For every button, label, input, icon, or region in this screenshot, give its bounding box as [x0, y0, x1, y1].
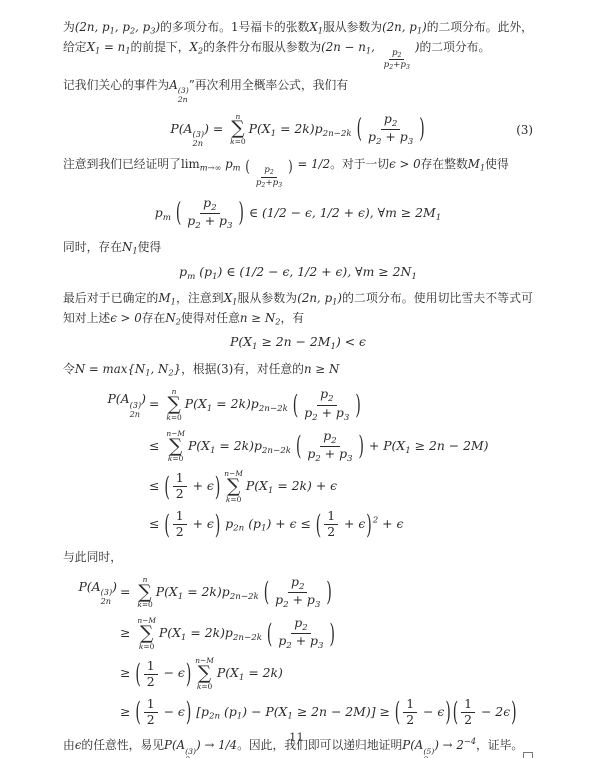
summation: n−M∑k=0 [224, 470, 243, 503]
numerator: p2 [288, 575, 307, 593]
math-run: [p [192, 704, 209, 719]
align-row: ≤ n−M∑k=0P(X1 = 2k)p2n−2k (p2p2 + p3) + … [107, 426, 488, 467]
align-row: ≤ (12 + ϵ)n−M∑k=0P(X1 = 2k) + ϵ [107, 467, 488, 506]
text-run [291, 438, 295, 453]
sum-symbol: ∑ [227, 478, 240, 496]
paragraph: 最后对于已确定的M1，注意到X1服从参数为(2n, p1)的二项分布。使用切比雪… [63, 289, 533, 328]
math-run: ∈ (1/2 − ϵ, 1/2 + ϵ), ∀m ≥ 2M [245, 205, 436, 220]
math-run: p [384, 111, 392, 126]
fraction: 12 [144, 697, 158, 728]
math-run: ) − P(X [242, 704, 287, 719]
numerator: p2 [200, 196, 219, 214]
math-run: p [400, 129, 408, 144]
math-run: p [221, 157, 232, 171]
fraction: 12 [173, 509, 187, 540]
sum-symbol: ∑ [169, 438, 182, 456]
math-run: P(X [230, 334, 252, 349]
document-page: 为(2n, p1, p2, p3)的多项分布。1号福卡的张数X1服从参数为(2n… [0, 0, 593, 758]
math-run: ) [141, 391, 146, 406]
equation-content: pm (p2p2 + p3) ∈ (1/2 − ϵ, 1/2 + ϵ), ∀m … [155, 196, 441, 231]
text-run: 令 [63, 362, 75, 376]
text-run [352, 121, 356, 136]
math-run: = 2k) [244, 666, 283, 681]
math-run: P(A [78, 579, 100, 594]
big-delimiter: ( [135, 660, 140, 690]
math-run: P(X [159, 625, 181, 640]
summation: n−M∑k=0 [137, 617, 156, 650]
math-run: n ≥ N [240, 311, 275, 325]
denominator: p2+p3 [253, 178, 285, 189]
text-run: =0 [235, 137, 246, 146]
sup-sub-stack: (3)2n [178, 87, 189, 104]
align-lhs [107, 506, 149, 543]
page-number: 11 [0, 730, 593, 744]
subscript: 3 [227, 221, 233, 231]
display-equation: pm (p1) ∈ (1/2 − ϵ, 1/2 + ϵ), ∀m ≥ 2N1 [63, 265, 533, 282]
align-rhs: ≥ (12 − ϵ) [p2n (p1) − P(X1 ≥ 2n − 2M)] … [120, 694, 518, 731]
math-run: ≥ [120, 666, 134, 681]
equation-content: P(A(3)2n) = n∑k=0P(X1 = 2k)p2n−2k (p2p2 … [170, 112, 425, 149]
big-delimiter: ( [293, 391, 298, 421]
numerator: 1 [144, 659, 158, 675]
denominator: 2 [144, 713, 158, 728]
big-delimiter: ( [264, 578, 269, 608]
denominator: p2 + p3 [184, 214, 235, 231]
math-run: p [155, 205, 163, 220]
text-run: 使得对任意 [181, 311, 240, 325]
align-lhs [78, 613, 120, 654]
denominator: 2 [144, 675, 158, 690]
math-run: ≥ 2n − 2M) [411, 438, 489, 453]
big-delimiter: ( [357, 115, 362, 146]
align-lhs [107, 426, 149, 467]
text-run: 1 [176, 470, 184, 485]
sup-sub-stack: (3)2n [130, 401, 142, 419]
big-delimiter: ( [245, 153, 250, 178]
math-run: (p [195, 264, 212, 279]
subscript: 2n−2k [262, 446, 291, 456]
align-block: P(A(3)2n)= n∑k=0P(X1 = 2k)p2n−2k (p2p2 +… [78, 572, 517, 731]
math-run: , p [135, 20, 150, 34]
math-run: (2n, p [75, 20, 110, 34]
numerator: p2 [381, 112, 400, 130]
math-run: − ϵ [419, 704, 444, 719]
text-run [259, 584, 263, 599]
math-run: − 2ϵ [477, 704, 510, 719]
sum-symbol: ∑ [140, 625, 153, 643]
denominator: 2 [173, 487, 187, 502]
big-delimiter: ( [395, 698, 400, 728]
sum-lower-limit: k=0 [168, 455, 183, 463]
align-row: P(A(3)2n)= n∑k=0P(X1 = 2k)p2n−2k (p2p2 +… [78, 572, 517, 613]
math-run: ) [112, 579, 117, 594]
display-equation: P(A(3)2n) = n∑k=0P(X1 = 2k)p2n−2k (p2p2 … [63, 112, 533, 149]
equation-tag: (3) [516, 123, 533, 137]
text-run: =0 [171, 413, 182, 422]
align-rhs: = n∑k=0P(X1 = 2k)p2n−2k (p2p2 + p3) [120, 572, 518, 613]
text-run: 的二项分布。 [419, 40, 490, 54]
big-delimiter: ) [419, 115, 424, 146]
denominator: p2 + p3 [304, 447, 355, 464]
subscript: 3 [406, 64, 410, 71]
summation: n∑k=0 [137, 576, 152, 609]
denominator: p2 + p3 [301, 406, 352, 423]
math-run: ) + ϵ ≤ [266, 516, 314, 531]
subscript: 2n [130, 410, 140, 419]
math-run: P(X [249, 121, 271, 136]
content: 为(2n, p1, p2, p3)的多项分布。1号福卡的张数X1服从参数为(2n… [63, 18, 533, 758]
summation: n∑k=0 [166, 388, 181, 421]
math-run: P(A [107, 391, 129, 406]
subscript: 2 [270, 169, 274, 176]
text-run: + [201, 213, 219, 228]
big-delimiter: ) [445, 698, 450, 728]
fraction: 12 [461, 697, 475, 728]
text-run [262, 625, 266, 640]
text-run: 的多项分布。1号福卡的张数 [160, 20, 309, 34]
math-run: (p [244, 516, 261, 531]
math-run: ≥ [120, 625, 134, 640]
math-run: P(X [188, 438, 210, 453]
subscript: 1 [411, 272, 417, 282]
math-run: p [368, 129, 376, 144]
math-run: ) = [204, 121, 227, 136]
text-run: 1 [406, 696, 414, 711]
text-run: 2 [176, 486, 184, 501]
math-run: M [159, 291, 171, 305]
subscript: 2 [302, 623, 308, 633]
text-run: 2 [406, 712, 414, 727]
text-run: 2 [147, 674, 155, 689]
text-run: =0 [142, 600, 153, 609]
text-run: 使得 [485, 157, 509, 171]
math-run: ϵ > 0 [389, 157, 421, 171]
big-delimiter: ( [135, 698, 140, 728]
math-run: P(X [217, 666, 239, 681]
subscript: 2 [211, 203, 217, 213]
math-run: p [275, 592, 283, 607]
text-run: ”再次利用全概率公式，我们有 [189, 78, 348, 92]
fraction: p2p2 + p3 [301, 387, 352, 422]
math-run: = [149, 397, 163, 412]
text-run: 。对于一切 [330, 157, 389, 171]
math-run: p [304, 405, 312, 420]
text-run: 2 [464, 712, 472, 727]
numerator: 1 [461, 697, 475, 713]
big-delimiter: ) [238, 199, 243, 230]
paragraph: 为(2n, p1, p2, p3)的多项分布。1号福卡的张数X1服从参数为(2n… [63, 18, 533, 71]
fraction: 12 [144, 659, 158, 690]
text-run: ，注意到 [176, 291, 224, 305]
math-run: + ϵ [378, 516, 403, 531]
denominator: p2 + p3 [365, 130, 416, 147]
sum-lower-limit: k=0 [197, 683, 212, 691]
denominator: 2 [173, 525, 187, 540]
text-run: 1 [327, 508, 335, 523]
text-run: 的前提下， [131, 40, 190, 54]
paragraph: 令N = max{N1, N2}，根据(3)有，对任意的n ≥ N [63, 360, 533, 380]
math-run: ) < ϵ [336, 334, 366, 349]
align-rhs: ≥ (12 − ϵ)n−M∑k=0P(X1 = 2k) [120, 654, 518, 693]
math-run: = 2k) + ϵ [273, 478, 337, 493]
big-delimiter: ) [359, 432, 364, 462]
align-rhs: = n∑k=0P(X1 = 2k)p2n−2k (p2p2 + p3) [149, 384, 489, 425]
math-run: p [221, 516, 233, 531]
subscript: 3 [278, 182, 282, 189]
fraction: p2p2 + p3 [304, 429, 355, 464]
big-delimiter: ) [366, 511, 371, 541]
denominator: p2+p3 [381, 60, 413, 71]
big-delimiter: ( [164, 511, 169, 541]
text-run: 的条件分布服从参数为 [203, 40, 321, 54]
paragraph: 记我们关心的事件为A(3)2n”再次利用全概率公式，我们有 [63, 76, 533, 104]
summation: n−M∑k=0 [166, 430, 185, 463]
math-run: ≤ [149, 478, 163, 493]
text-run: 2 [147, 712, 155, 727]
denominator: 2 [324, 525, 338, 540]
text-run: 1 [176, 508, 184, 523]
sup-sub-stack: (5)2n [423, 748, 434, 758]
text-run: 同时，存在 [63, 240, 122, 254]
text-run: 记我们关心的事件为 [63, 78, 169, 92]
text-run: 存在 [142, 311, 166, 325]
fraction: 12 [403, 697, 417, 728]
math-run: X [224, 291, 232, 305]
math-run: P(X [185, 397, 207, 412]
fraction: p2p2 + p3 [365, 112, 416, 147]
math-run: , [371, 40, 379, 54]
align-rhs: ≤ n−M∑k=0P(X1 = 2k)p2n−2k (p2p2 + p3) + … [149, 426, 489, 467]
big-delimiter: ) [186, 698, 191, 728]
math-run: ) ∈ (1/2 − ϵ, 1/2 + ϵ), ∀m ≥ 2N [218, 264, 412, 279]
fraction: 12 [173, 471, 187, 502]
math-run: , N [150, 362, 168, 376]
align-lhs: P(A(3)2n) [107, 384, 149, 425]
text-run: =0 [230, 495, 241, 504]
math-run: P(X [156, 584, 178, 599]
subscript: 2 [328, 394, 334, 404]
big-delimiter: ) [355, 391, 360, 421]
math-run: p [336, 405, 344, 420]
sup-sub-stack: (3)2n [193, 130, 205, 148]
align-lhs [78, 694, 120, 731]
numerator: p2 [261, 165, 276, 177]
subscript: 2n [178, 96, 188, 105]
math-run: = 2k)p [212, 397, 258, 412]
paragraph: 同时，存在N1使得 [63, 238, 533, 258]
math-run: p [320, 386, 328, 401]
math-run: (p [220, 704, 237, 719]
subscript: 3 [315, 600, 321, 610]
sum-symbol: ∑ [167, 396, 180, 414]
sum-lower-limit: k=0 [230, 138, 245, 146]
math-run: M [468, 157, 480, 171]
subscript: 2n [209, 711, 220, 721]
equation-content: pm (p1) ∈ (1/2 − ϵ, 1/2 + ϵ), ∀m ≥ 2N1 [179, 265, 417, 282]
math-run: (2n, p [382, 20, 417, 34]
math-run: + ϵ [189, 516, 214, 531]
math-run: = 2k)p [183, 584, 229, 599]
subscript: 3 [344, 412, 350, 422]
text-run: =0 [143, 642, 154, 651]
subscript: m [163, 213, 171, 223]
math-run: p [307, 592, 315, 607]
fraction: 12 [324, 509, 338, 540]
sum-symbol: ∑ [198, 665, 211, 683]
denominator: p2 + p3 [275, 634, 326, 651]
math-run: + ϵ [189, 478, 214, 493]
math-run: ≥ 2n − 2M [258, 334, 331, 349]
text-run: ，有 [280, 311, 304, 325]
big-delimiter: ( [176, 199, 181, 230]
sum-symbol: ∑ [231, 120, 244, 138]
math-run: p [323, 428, 331, 443]
align-row: ≥ (12 − ϵ) [p2n (p1) − P(X1 ≥ 2n − 2M)] … [78, 694, 517, 731]
numerator: p2 [291, 616, 310, 634]
denominator: 2 [461, 713, 475, 728]
text-run: + [289, 592, 307, 607]
fraction: p2p2 + p3 [184, 196, 235, 231]
sup-sub-stack: (3)2n [101, 588, 113, 606]
math-run: p [294, 615, 302, 630]
math-run: p [339, 446, 347, 461]
subscript: m→∞ [200, 163, 222, 173]
fraction: p2p2 + p3 [272, 575, 323, 610]
math-run: } [174, 362, 182, 376]
math-run: p [291, 574, 299, 589]
align-block: P(A(3)2n)= n∑k=0P(X1 = 2k)p2n−2k (p2p2 +… [107, 384, 488, 543]
math-run: − ϵ [160, 704, 185, 719]
text-run [171, 205, 175, 220]
math-run: = [120, 584, 134, 599]
text-run: 使得 [138, 240, 162, 254]
align-row: P(A(3)2n)= n∑k=0P(X1 = 2k)p2n−2k (p2p2 +… [107, 384, 488, 425]
big-delimiter: ( [296, 432, 301, 462]
math-run: = 2k)p [276, 121, 322, 136]
qed-box [523, 752, 533, 758]
math-run: X [87, 40, 95, 54]
sum-lower-limit: k=0 [226, 496, 241, 504]
text-run: 服从参数为 [237, 291, 297, 305]
big-delimiter: ) [288, 153, 293, 178]
math-run: n ≥ N [304, 362, 339, 376]
big-delimiter: ( [164, 473, 169, 503]
math-run: = n [100, 40, 125, 54]
subscript: 2 [392, 118, 398, 128]
display-equation: P(X1 ≥ 2n − 2M1) < ϵ [63, 335, 533, 352]
big-delimiter: ) [215, 473, 220, 503]
text-run: + [318, 405, 336, 420]
big-delimiter: ) [326, 578, 331, 608]
subscript: 2n [101, 597, 111, 606]
math-run: ≤ [149, 438, 163, 453]
align-rhs: ≥ n−M∑k=0P(X1 = 2k)p2n−2k (p2p2 + p3) [120, 613, 518, 654]
math-run: N [122, 240, 132, 254]
align-lhs [78, 654, 120, 693]
text-run: 1 [147, 696, 155, 711]
numerator: 1 [144, 697, 158, 713]
text-run: 2 [327, 524, 335, 539]
math-run: − ϵ [160, 666, 185, 681]
equation-content: P(X1 ≥ 2n − 2M1) < ϵ [230, 335, 366, 352]
fraction: p2p2+p3 [253, 165, 285, 189]
numerator: 1 [173, 509, 187, 525]
math-run: p [219, 213, 227, 228]
math-run: A [169, 78, 178, 92]
subscript: 3 [318, 641, 324, 651]
math-run: = 2k)p [186, 625, 232, 640]
numerator: p2 [389, 48, 404, 60]
math-run: , p [115, 20, 130, 34]
numerator: p2 [317, 387, 336, 405]
math-run: (2n, p [297, 291, 332, 305]
fraction: p2p2+p3 [381, 48, 413, 72]
text-run: 2 [176, 524, 184, 539]
big-delimiter: ) [511, 698, 516, 728]
subscript: 2 [299, 582, 305, 592]
text-run [288, 397, 292, 412]
math-run: ≤ [149, 516, 163, 531]
math-run: ≥ 2n − 2M)] ≥ [293, 704, 394, 719]
big-delimiter: ) [215, 511, 220, 541]
text-run: + [292, 633, 310, 648]
math-run: ≥ [120, 704, 134, 719]
text-run: ，根据(3)有，对任意的 [181, 362, 304, 376]
sup-sub-stack: (3)2n [185, 748, 196, 758]
subscript: 1 [436, 213, 442, 223]
math-run: N = max{N [75, 362, 145, 376]
text-run: + [265, 178, 272, 188]
text-run: 为 [63, 20, 75, 34]
subscript: 3 [347, 454, 353, 464]
align-lhs [107, 467, 149, 506]
summation: n−M∑k=0 [195, 657, 214, 690]
display-equation: pm (p2p2 + p3) ∈ (1/2 − ϵ, 1/2 + ϵ), ∀m … [63, 196, 533, 231]
sum-symbol: ∑ [138, 584, 151, 602]
math-run: = 1/2 [294, 157, 330, 171]
math-run: (2n − n [321, 40, 366, 54]
numerator: 1 [173, 471, 187, 487]
text-run: + [381, 129, 399, 144]
paragraph: 注意到我们已经证明了limm→∞ pm (p2p2+p3) = 1/2。对于一切… [63, 155, 533, 188]
big-delimiter: ) [330, 620, 335, 650]
subscript: 2n [193, 139, 203, 148]
math-run: N [165, 311, 175, 325]
sum-lower-limit: k=0 [137, 601, 152, 609]
text-run: 服从参数为 [323, 20, 382, 34]
subscript: 2n−2k [230, 592, 259, 602]
text-run: 最后对于已确定的 [63, 291, 159, 305]
numerator: 1 [324, 509, 338, 525]
math-run: P(X [246, 478, 268, 493]
text-run [240, 157, 244, 171]
subscript: 2 [331, 436, 337, 446]
denominator: 2 [403, 713, 417, 728]
text-run: =0 [172, 454, 183, 463]
text-run: 1 [464, 696, 472, 711]
big-delimiter: ( [316, 511, 321, 541]
subscript: 2n−2k [233, 633, 262, 643]
summation: n∑k=0 [230, 113, 245, 146]
align-lhs: P(A(3)2n) [78, 572, 120, 613]
align-rhs: ≤ (12 + ϵ)n−M∑k=0P(X1 = 2k) + ϵ [149, 467, 489, 506]
text-run: 1 [147, 658, 155, 673]
sum-lower-limit: k=0 [139, 643, 154, 651]
math-run: = 2k)p [215, 438, 261, 453]
align-row: ≥ (12 − ϵ)n−M∑k=0P(X1 = 2k) [78, 654, 517, 693]
big-delimiter: ( [267, 620, 272, 650]
subscript: 2 [398, 52, 402, 59]
